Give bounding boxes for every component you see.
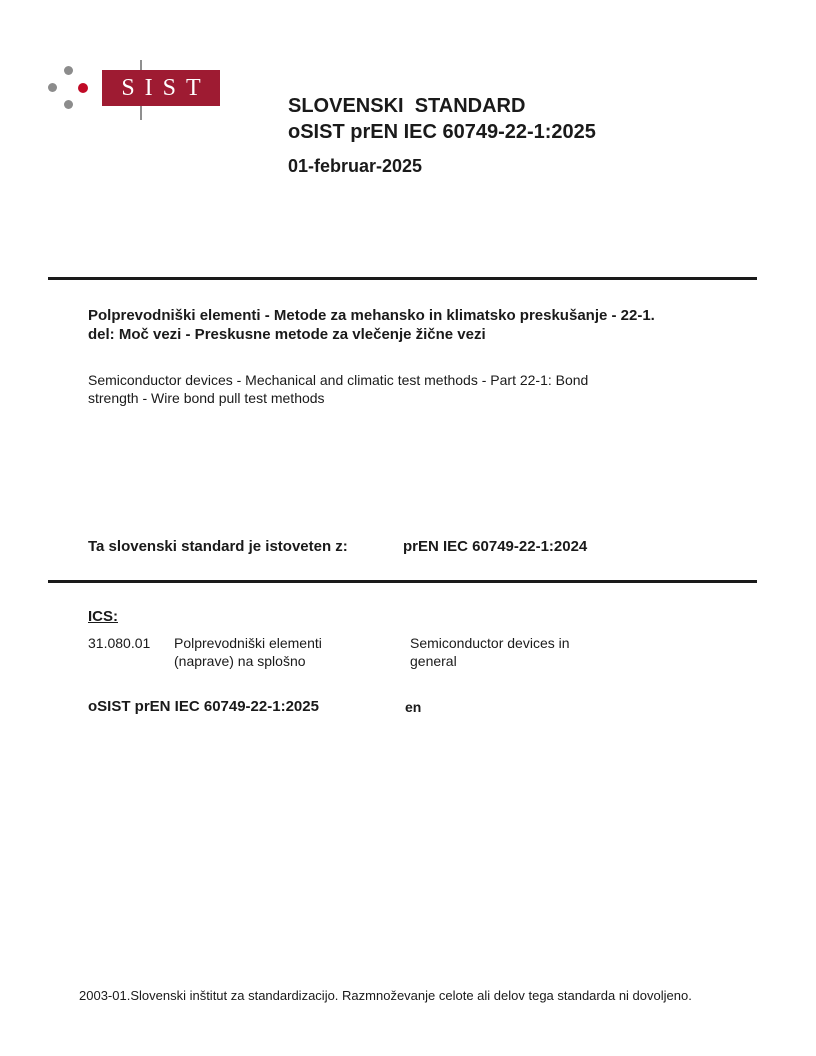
reference-designation: oSIST prEN IEC 60749-22-1:2025 (88, 698, 319, 715)
reference-language: en (405, 699, 421, 715)
ics-title-english: Semiconductor devices in general (410, 634, 570, 670)
publication-date: 01-februar-2025 (288, 155, 596, 177)
ics-title-slovenian: Polprevodniški elementi (naprave) na spl… (174, 634, 322, 670)
logo-dot-gray-top-icon (64, 66, 73, 75)
ics-code: 31.080.01 (88, 634, 150, 652)
equivalence-label: Ta slovenski standard je istoveten z: (88, 538, 348, 555)
ics-heading: ICS: (88, 608, 118, 625)
copyright-note: 2003-01.Slovenski inštitut za standardiz… (79, 988, 692, 1004)
standard-type-title: SLOVENSKI STANDARD (288, 93, 596, 119)
logo-letters: SIST (111, 75, 210, 102)
logo-dot-gray-bottom-icon (64, 100, 73, 109)
title-english: Semiconductor devices - Mechanical and c… (88, 371, 628, 407)
standard-designation: oSIST prEN IEC 60749-22-1:2025 (288, 119, 596, 145)
divider-middle (48, 580, 757, 583)
logo-dot-gray-left-icon (48, 83, 57, 92)
header-block: SLOVENSKI STANDARD oSIST prEN IEC 60749-… (288, 93, 596, 177)
equivalence-value: prEN IEC 60749-22-1:2024 (403, 538, 587, 555)
logo-dot-red-icon (78, 83, 88, 93)
divider-top (48, 277, 757, 280)
title-slovenian: Polprevodniški elementi - Metode za meha… (88, 306, 748, 344)
document-page: SIST SLOVENSKI STANDARD oSIST prEN IEC 6… (0, 0, 816, 1056)
logo-wordmark: SIST (102, 70, 220, 106)
